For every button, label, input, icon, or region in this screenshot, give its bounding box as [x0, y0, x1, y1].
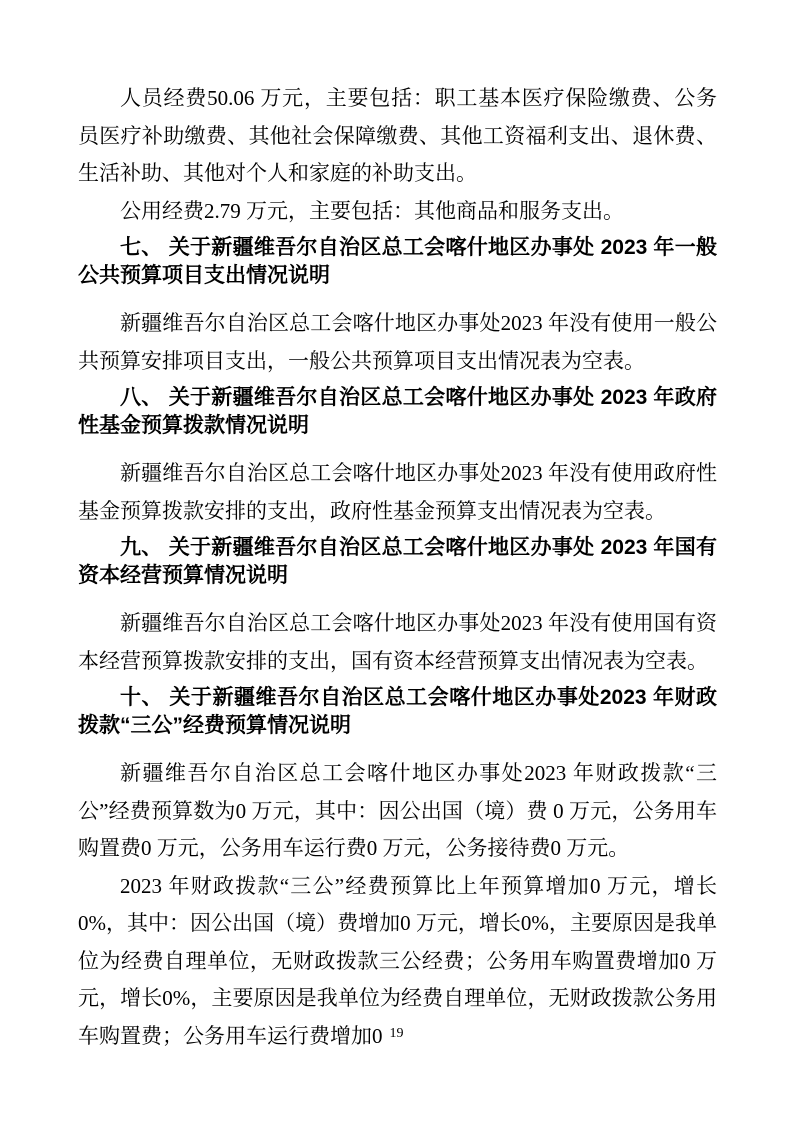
section-10-paragraph-budget: 新疆维吾尔自治区总工会喀什地区办事处2023 年财政拨款“三公”经费预算数为0 …	[78, 755, 717, 868]
section-8-paragraph: 新疆维吾尔自治区总工会喀什地区办事处2023 年没有使用政府性基金预算拨款安排的…	[78, 455, 717, 530]
page-number: 19	[390, 1026, 404, 1041]
section-8-heading: 八、 关于新疆维吾尔自治区总工会喀什地区办事处 2023 年政府性基金预算拨款情…	[78, 384, 717, 439]
page-footer: 19	[0, 1026, 793, 1042]
document-page: 人员经费50.06 万元，主要包括：职工基本医疗保险缴费、公务员医疗补助缴费、其…	[0, 0, 793, 1122]
section-9-heading: 九、 关于新疆维吾尔自治区总工会喀什地区办事处 2023 年国有资本经营预算情况…	[78, 534, 717, 589]
section-9-paragraph: 新疆维吾尔自治区总工会喀什地区办事处2023 年没有使用国有资本经营预算拨款安排…	[78, 605, 717, 680]
section-7-heading: 七、 关于新疆维吾尔自治区总工会喀什地区办事处 2023 年一般公共预算项目支出…	[78, 234, 717, 289]
paragraph-public-expense: 公用经费2.79 万元，主要包括：其他商品和服务支出。	[78, 193, 717, 231]
section-10-heading: 十、 关于新疆维吾尔自治区总工会喀什地区办事处2023 年财政拨款“三公”经费预…	[78, 684, 717, 739]
section-7-paragraph: 新疆维吾尔自治区总工会喀什地区办事处2023 年没有使用一般公共预算安排项目支出…	[78, 305, 717, 380]
paragraph-personnel-expense: 人员经费50.06 万元，主要包括：职工基本医疗保险缴费、公务员医疗补助缴费、其…	[78, 80, 717, 193]
document-content: 人员经费50.06 万元，主要包括：职工基本医疗保险缴费、公务员医疗补助缴费、其…	[78, 80, 717, 1055]
